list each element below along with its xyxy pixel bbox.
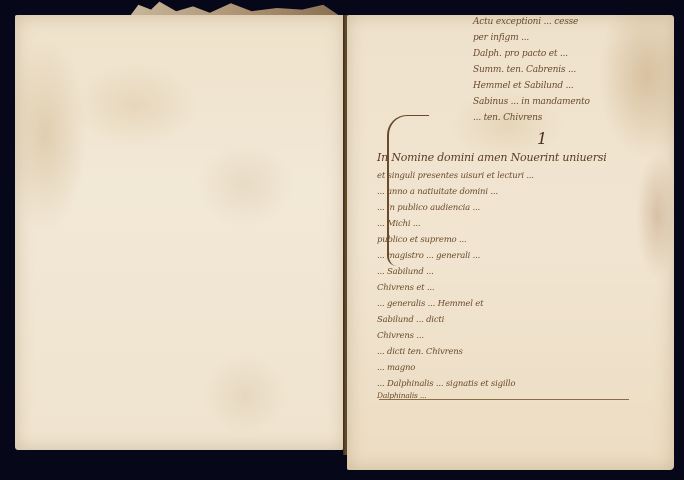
text-line: Chivrens et ...	[377, 283, 434, 293]
text-line: publico et supremo ...	[377, 235, 466, 245]
text-line: Sabilund ... dicti	[377, 315, 444, 325]
text-line: ... Sabilund ...	[377, 267, 434, 277]
text-line: In Nomine domini amen Nouerint uniuersi	[377, 151, 607, 164]
margin-note-line: Sabinus ... in mandamento	[473, 97, 590, 107]
margin-note-line: Dalph. pro pacto et ...	[473, 49, 568, 59]
text-line: ... dicti ten. Chivrens	[377, 347, 463, 357]
text-line: Chivrens ...	[377, 331, 424, 341]
text-line: ... Dalphinalis ... signatis et sigillo	[377, 379, 515, 389]
margin-note-line: Summ. ten. Cabrenis ...	[473, 65, 576, 75]
text-line: ... magistro ... generali ...	[377, 251, 480, 261]
text-line: ... magno	[377, 363, 415, 373]
left-page	[15, 15, 345, 450]
right-page: Actu exceptioni ... cesse per infigm ...…	[347, 15, 674, 470]
text-line: ... generalis ... Hemmel et	[377, 299, 483, 309]
text-line: ... anno a natiuitate domini ...	[377, 187, 498, 197]
margin-note-line: Actu exceptioni ... cesse	[473, 17, 578, 27]
margin-note-line: ... ten. Chivrens	[473, 113, 542, 123]
margin-note-line: Hemmel et Sabilund ...	[473, 81, 574, 91]
text-line: ... Michi ...	[377, 219, 420, 229]
margin-note-line: per infigm ...	[473, 33, 529, 43]
text-underline	[379, 399, 629, 400]
folio-number: 1	[537, 129, 547, 148]
text-line: et singuli presentes uisuri et lecturi .…	[377, 171, 534, 181]
text-line: ... in publico audiencia ...	[377, 203, 480, 213]
